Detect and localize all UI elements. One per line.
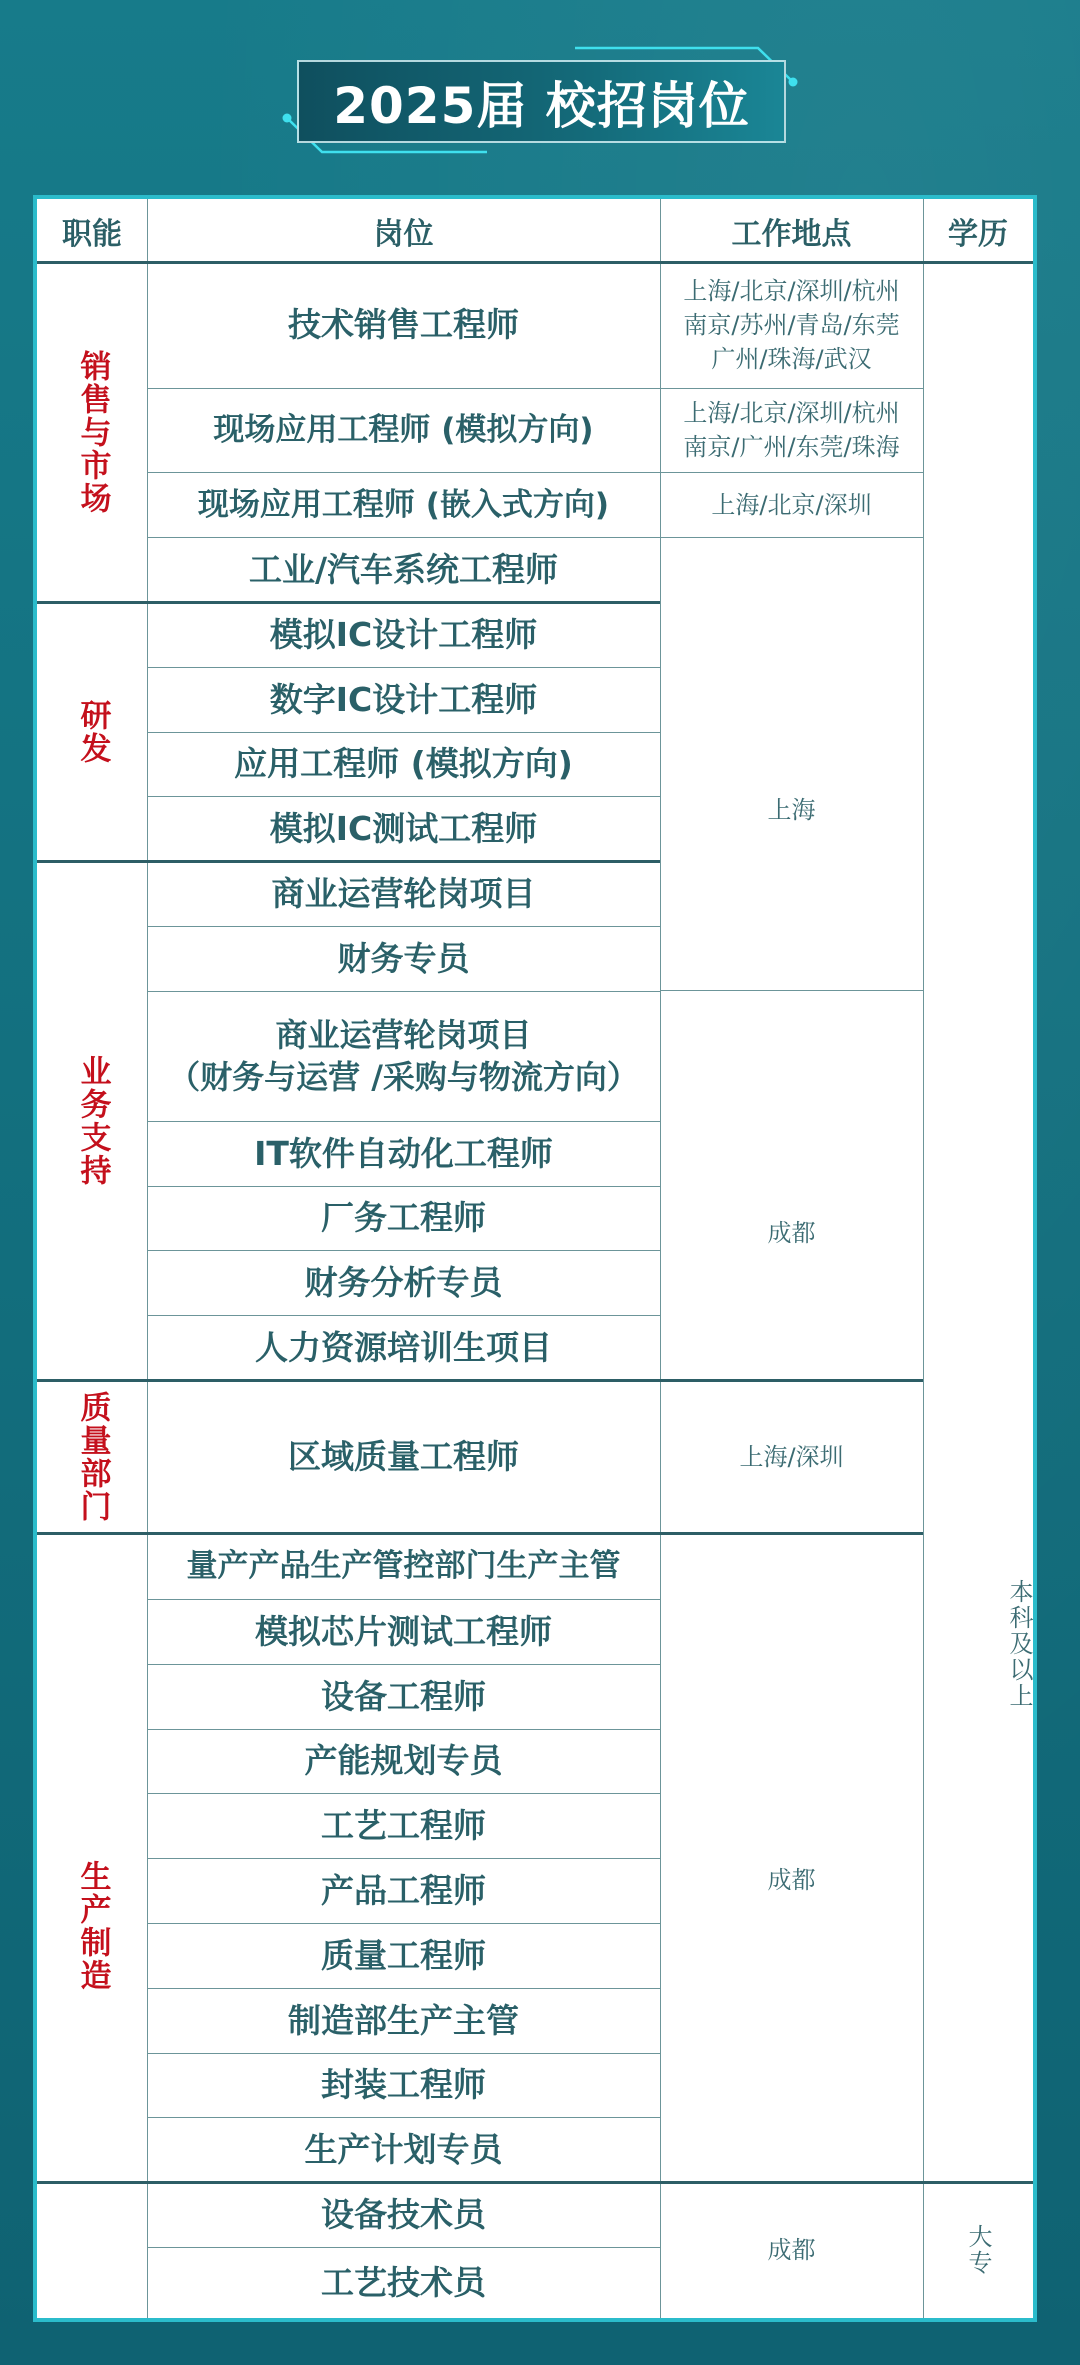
position-row: 现场应用工程师 (模拟方向)	[147, 388, 660, 472]
position-row: 财务分析专员	[147, 1250, 660, 1315]
location-cell: 上海/北京/深圳/杭州 南京/苏州/青岛/东莞 广州/珠海/武汉	[660, 262, 923, 388]
position-row: 工业/汽车系统工程师	[147, 537, 660, 602]
location-cell: 成都	[660, 1533, 923, 2182]
header-location: 工作地点	[660, 199, 923, 262]
position-row: 产能规划专员	[147, 1729, 660, 1793]
position-row: 模拟IC设计工程师	[147, 602, 660, 667]
location-cell: 上海/北京/深圳/杭州 南京/广州/东莞/珠海	[660, 388, 923, 472]
section-divider	[37, 860, 660, 863]
header-position: 岗位	[147, 199, 660, 262]
location-cell: 成都	[660, 2182, 923, 2318]
position-row: 制造部生产主管	[147, 1988, 660, 2053]
education-cell: 本科及以上	[923, 262, 1033, 2182]
page-title: 2025届 校招岗位	[333, 66, 750, 138]
position-row: 应用工程师 (模拟方向)	[147, 732, 660, 796]
function-label: 销售与市场	[37, 262, 147, 602]
position-row: 封装工程师	[147, 2053, 660, 2117]
position-row: 厂务工程师	[147, 1186, 660, 1250]
function-label: 质量部门	[37, 1380, 147, 1533]
function-label: 业务支持	[37, 861, 147, 1380]
header-education: 学历	[923, 199, 1033, 262]
position-row: 工艺工程师	[147, 1793, 660, 1858]
position-row: 模拟IC测试工程师	[147, 796, 660, 861]
position-row: 质量工程师	[147, 1923, 660, 1988]
position-row: 财务专员	[147, 926, 660, 991]
position-row: 生产计划专员	[147, 2117, 660, 2182]
position-row: 模拟芯片测试工程师	[147, 1599, 660, 1664]
location-cell: 成都	[660, 990, 923, 1380]
position-row: 量产产品生产管控部门生产主管	[147, 1533, 660, 1599]
position-row: 区域质量工程师	[147, 1380, 660, 1533]
section-divider	[37, 2181, 1033, 2184]
position-row: 技术销售工程师	[147, 262, 660, 388]
section-divider	[37, 601, 660, 604]
position-row: 商业运营轮岗项目 （财务与运营 /采购与物流方向）	[147, 991, 660, 1121]
location-cell: 上海/深圳	[660, 1380, 923, 1533]
position-row: IT软件自动化工程师	[147, 1121, 660, 1186]
position-row: 产品工程师	[147, 1858, 660, 1923]
education-cell: 大专	[923, 2182, 1033, 2318]
position-row: 数字IC设计工程师	[147, 667, 660, 732]
function-label: 生产制造	[37, 1533, 147, 2318]
location-cell: 上海/北京/深圳	[660, 472, 923, 537]
position-row: 商业运营轮岗项目	[147, 861, 660, 926]
position-row: 设备工程师	[147, 1664, 660, 1729]
positions-table: 职能 岗位 工作地点 学历 销售与市场研发业务支持质量部门生产制造技术销售工程师…	[37, 199, 1033, 2318]
position-row: 工艺技术员	[147, 2247, 660, 2318]
position-row: 人力资源培训生项目	[147, 1315, 660, 1380]
location-cell: 上海	[660, 537, 923, 990]
position-row: 设备技术员	[147, 2182, 660, 2247]
section-divider	[37, 261, 1033, 264]
section-divider	[37, 1379, 923, 1382]
position-row: 现场应用工程师 (嵌入式方向)	[147, 472, 660, 537]
section-divider	[37, 1532, 923, 1535]
header-function: 职能	[37, 199, 147, 262]
title-banner: 2025届 校招岗位	[297, 60, 786, 143]
function-label: 研发	[37, 602, 147, 861]
